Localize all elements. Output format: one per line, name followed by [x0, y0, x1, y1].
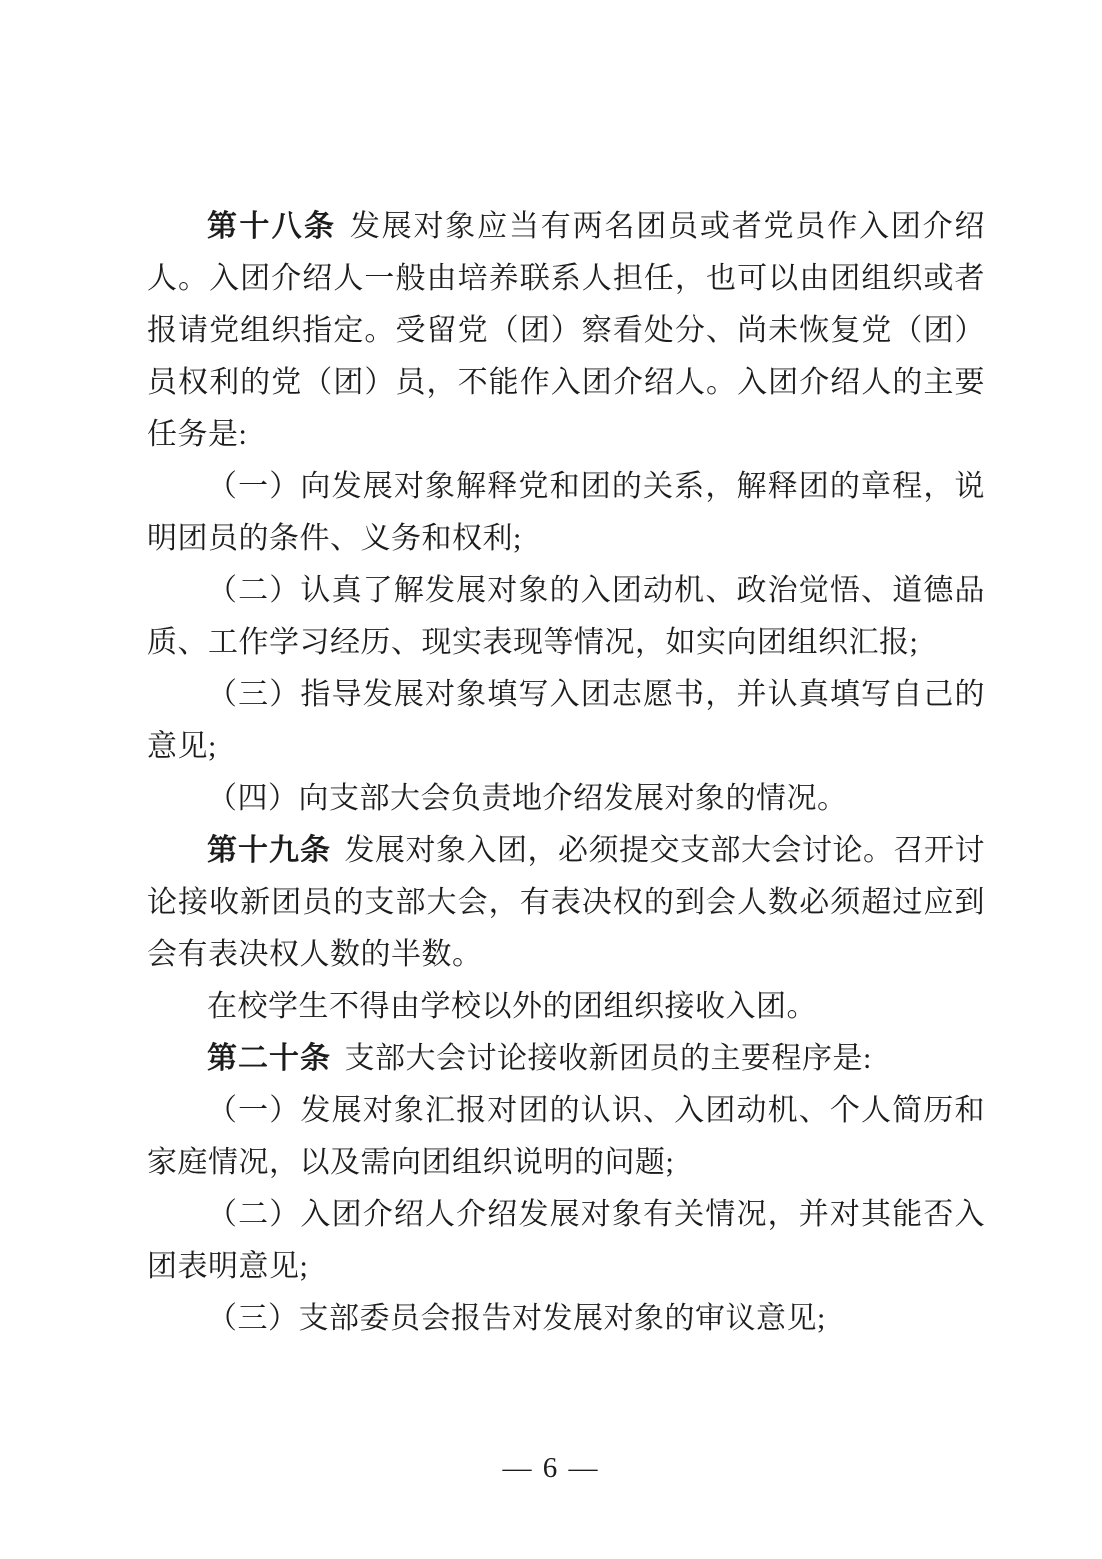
- paragraph-item-1: （一）向发展对象解释党和团的关系，解释团的章程，说明团员的条件、义务和权利;: [147, 461, 985, 565]
- paragraph-text: （二）入团介绍人介绍发展对象有关情况，并对其能否入团表明意见;: [147, 1198, 985, 1283]
- paragraph-item-4: （四）向支部大会负责地介绍发展对象的情况。: [147, 773, 985, 825]
- paragraph-text: （一）发展对象汇报对团的认识、入团动机、个人简历和家庭情况，以及需向团组织说明的…: [147, 1094, 985, 1179]
- document-body: 第十八条发展对象应当有两名团员或者党员作入团介绍人。入团介绍人一般由培养联系人担…: [147, 201, 985, 1345]
- paragraph-item-3b: （三）支部委员会报告对发展对象的审议意见;: [147, 1293, 985, 1345]
- paragraph-article-20: 第二十条支部大会讨论接收新团员的主要程序是:: [147, 1033, 985, 1085]
- paragraph-text: 在校学生不得由学校以外的团组织接收入团。: [207, 990, 817, 1023]
- paragraph-item-2b: （二）入团介绍人介绍发展对象有关情况，并对其能否入团表明意见;: [147, 1189, 985, 1293]
- paragraph-article-18: 第十八条发展对象应当有两名团员或者党员作入团介绍人。入团介绍人一般由培养联系人担…: [147, 201, 985, 461]
- paragraph-text: （一）向发展对象解释党和团的关系，解释团的章程，说明团员的条件、义务和权利;: [147, 470, 985, 555]
- page-number: — 6 —: [0, 1452, 1102, 1485]
- article-number-lead: 第二十条: [207, 1042, 331, 1075]
- paragraph-article-19: 第十九条发展对象入团，必须提交支部大会讨论。召开讨论接收新团员的支部大会，有表决…: [147, 825, 985, 981]
- article-number-lead: 第十八条: [207, 210, 336, 243]
- paragraph-item-2: （二）认真了解发展对象的入团动机、政治觉悟、道德品质、工作学习经历、现实表现等情…: [147, 565, 985, 669]
- paragraph-text: 支部大会讨论接收新团员的主要程序是:: [345, 1042, 872, 1075]
- paragraph-text: （二）认真了解发展对象的入团动机、政治觉悟、道德品质、工作学习经历、现实表现等情…: [147, 574, 985, 659]
- document-page: 第十八条发展对象应当有两名团员或者党员作入团介绍人。入团介绍人一般由培养联系人担…: [0, 0, 1102, 1559]
- paragraph-item-1b: （一）发展对象汇报对团的认识、入团动机、个人简历和家庭情况，以及需向团组织说明的…: [147, 1085, 985, 1189]
- paragraph-students-note: 在校学生不得由学校以外的团组织接收入团。: [147, 981, 985, 1033]
- paragraph-item-3: （三）指导发展对象填写入团志愿书，并认真填写自己的意见;: [147, 669, 985, 773]
- paragraph-text: （三）指导发展对象填写入团志愿书，并认真填写自己的意见;: [147, 678, 985, 763]
- article-number-lead: 第十九条: [207, 834, 331, 867]
- paragraph-text: 发展对象应当有两名团员或者党员作入团介绍人。入团介绍人一般由培养联系人担任，也可…: [147, 210, 985, 451]
- paragraph-text: （四）向支部大会负责地介绍发展对象的情况。: [207, 782, 848, 815]
- paragraph-text: （三）支部委员会报告对发展对象的审议意见;: [207, 1302, 826, 1335]
